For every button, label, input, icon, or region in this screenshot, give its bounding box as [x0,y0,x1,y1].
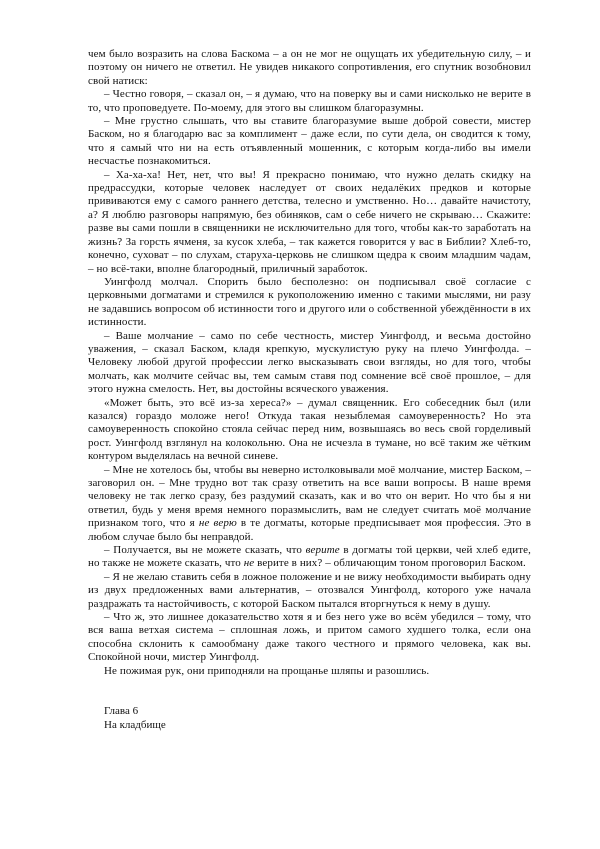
body-text: верите в них? – обличающим тоном прогово… [254,557,526,569]
paragraph: – Ха-ха-ха! Нет, нет, что вы! Я прекрасн… [88,169,531,276]
body-text: чем было возразить на слова Баскома – а … [88,48,531,87]
emphasized-text: верите [306,544,340,556]
body-text: – Я не желаю ставить себя в ложное полож… [88,571,531,610]
body-text: – Мне грустно слышать, что вы ставите бл… [88,115,531,167]
body-text: Уингфолд молчал. Спорить было бесполезно… [88,276,531,328]
paragraph: – Честно говоря, – сказал он, – я думаю,… [88,88,531,115]
paragraphs: чем было возразить на слова Баскома – а … [88,48,531,678]
paragraph: – Мне грустно слышать, что вы ставите бл… [88,115,531,169]
paragraph: чем было возразить на слова Баскома – а … [88,48,531,88]
body-text: – Честно говоря, – сказал он, – я думаю,… [88,88,531,113]
paragraph: Уингфолд молчал. Спорить было бесполезно… [88,276,531,330]
body-text: – Что ж, это лишнее доказательство хотя … [88,611,531,663]
book-page: чем было возразить на слова Баскома – а … [0,0,600,849]
emphasized-text: не [244,557,255,569]
body-text: – Ваше молчание – само по себе честность… [88,330,531,396]
chapter-block: Глава 6 На кладбище [88,705,531,732]
paragraph: – Получается, вы не можете сказать, что … [88,544,531,571]
body-text: – Ха-ха-ха! Нет, нет, что вы! Я прекрасн… [88,169,531,275]
paragraph: «Может быть, это всё из-за хереса?» – ду… [88,397,531,464]
paragraph: Не пожимая рук, они приподняли на прощан… [88,665,531,678]
chapter-heading: Глава 6 [88,705,531,718]
emphasized-text: не верю [199,517,237,529]
chapter-title: На кладбище [88,719,531,732]
paragraph: – Мне не хотелось бы, чтобы вы неверно и… [88,464,531,544]
body-text: «Может быть, это всё из-за хереса?» – ду… [88,397,531,463]
paragraph: – Ваше молчание – само по себе честность… [88,330,531,397]
body-text: – Получается, вы не можете сказать, что [104,544,306,556]
text-block: чем было возразить на слова Баскома – а … [88,48,531,732]
paragraph: – Я не желаю ставить себя в ложное полож… [88,571,531,611]
body-text: Не пожимая рук, они приподняли на прощан… [104,665,429,677]
paragraph: – Что ж, это лишнее доказательство хотя … [88,611,531,665]
